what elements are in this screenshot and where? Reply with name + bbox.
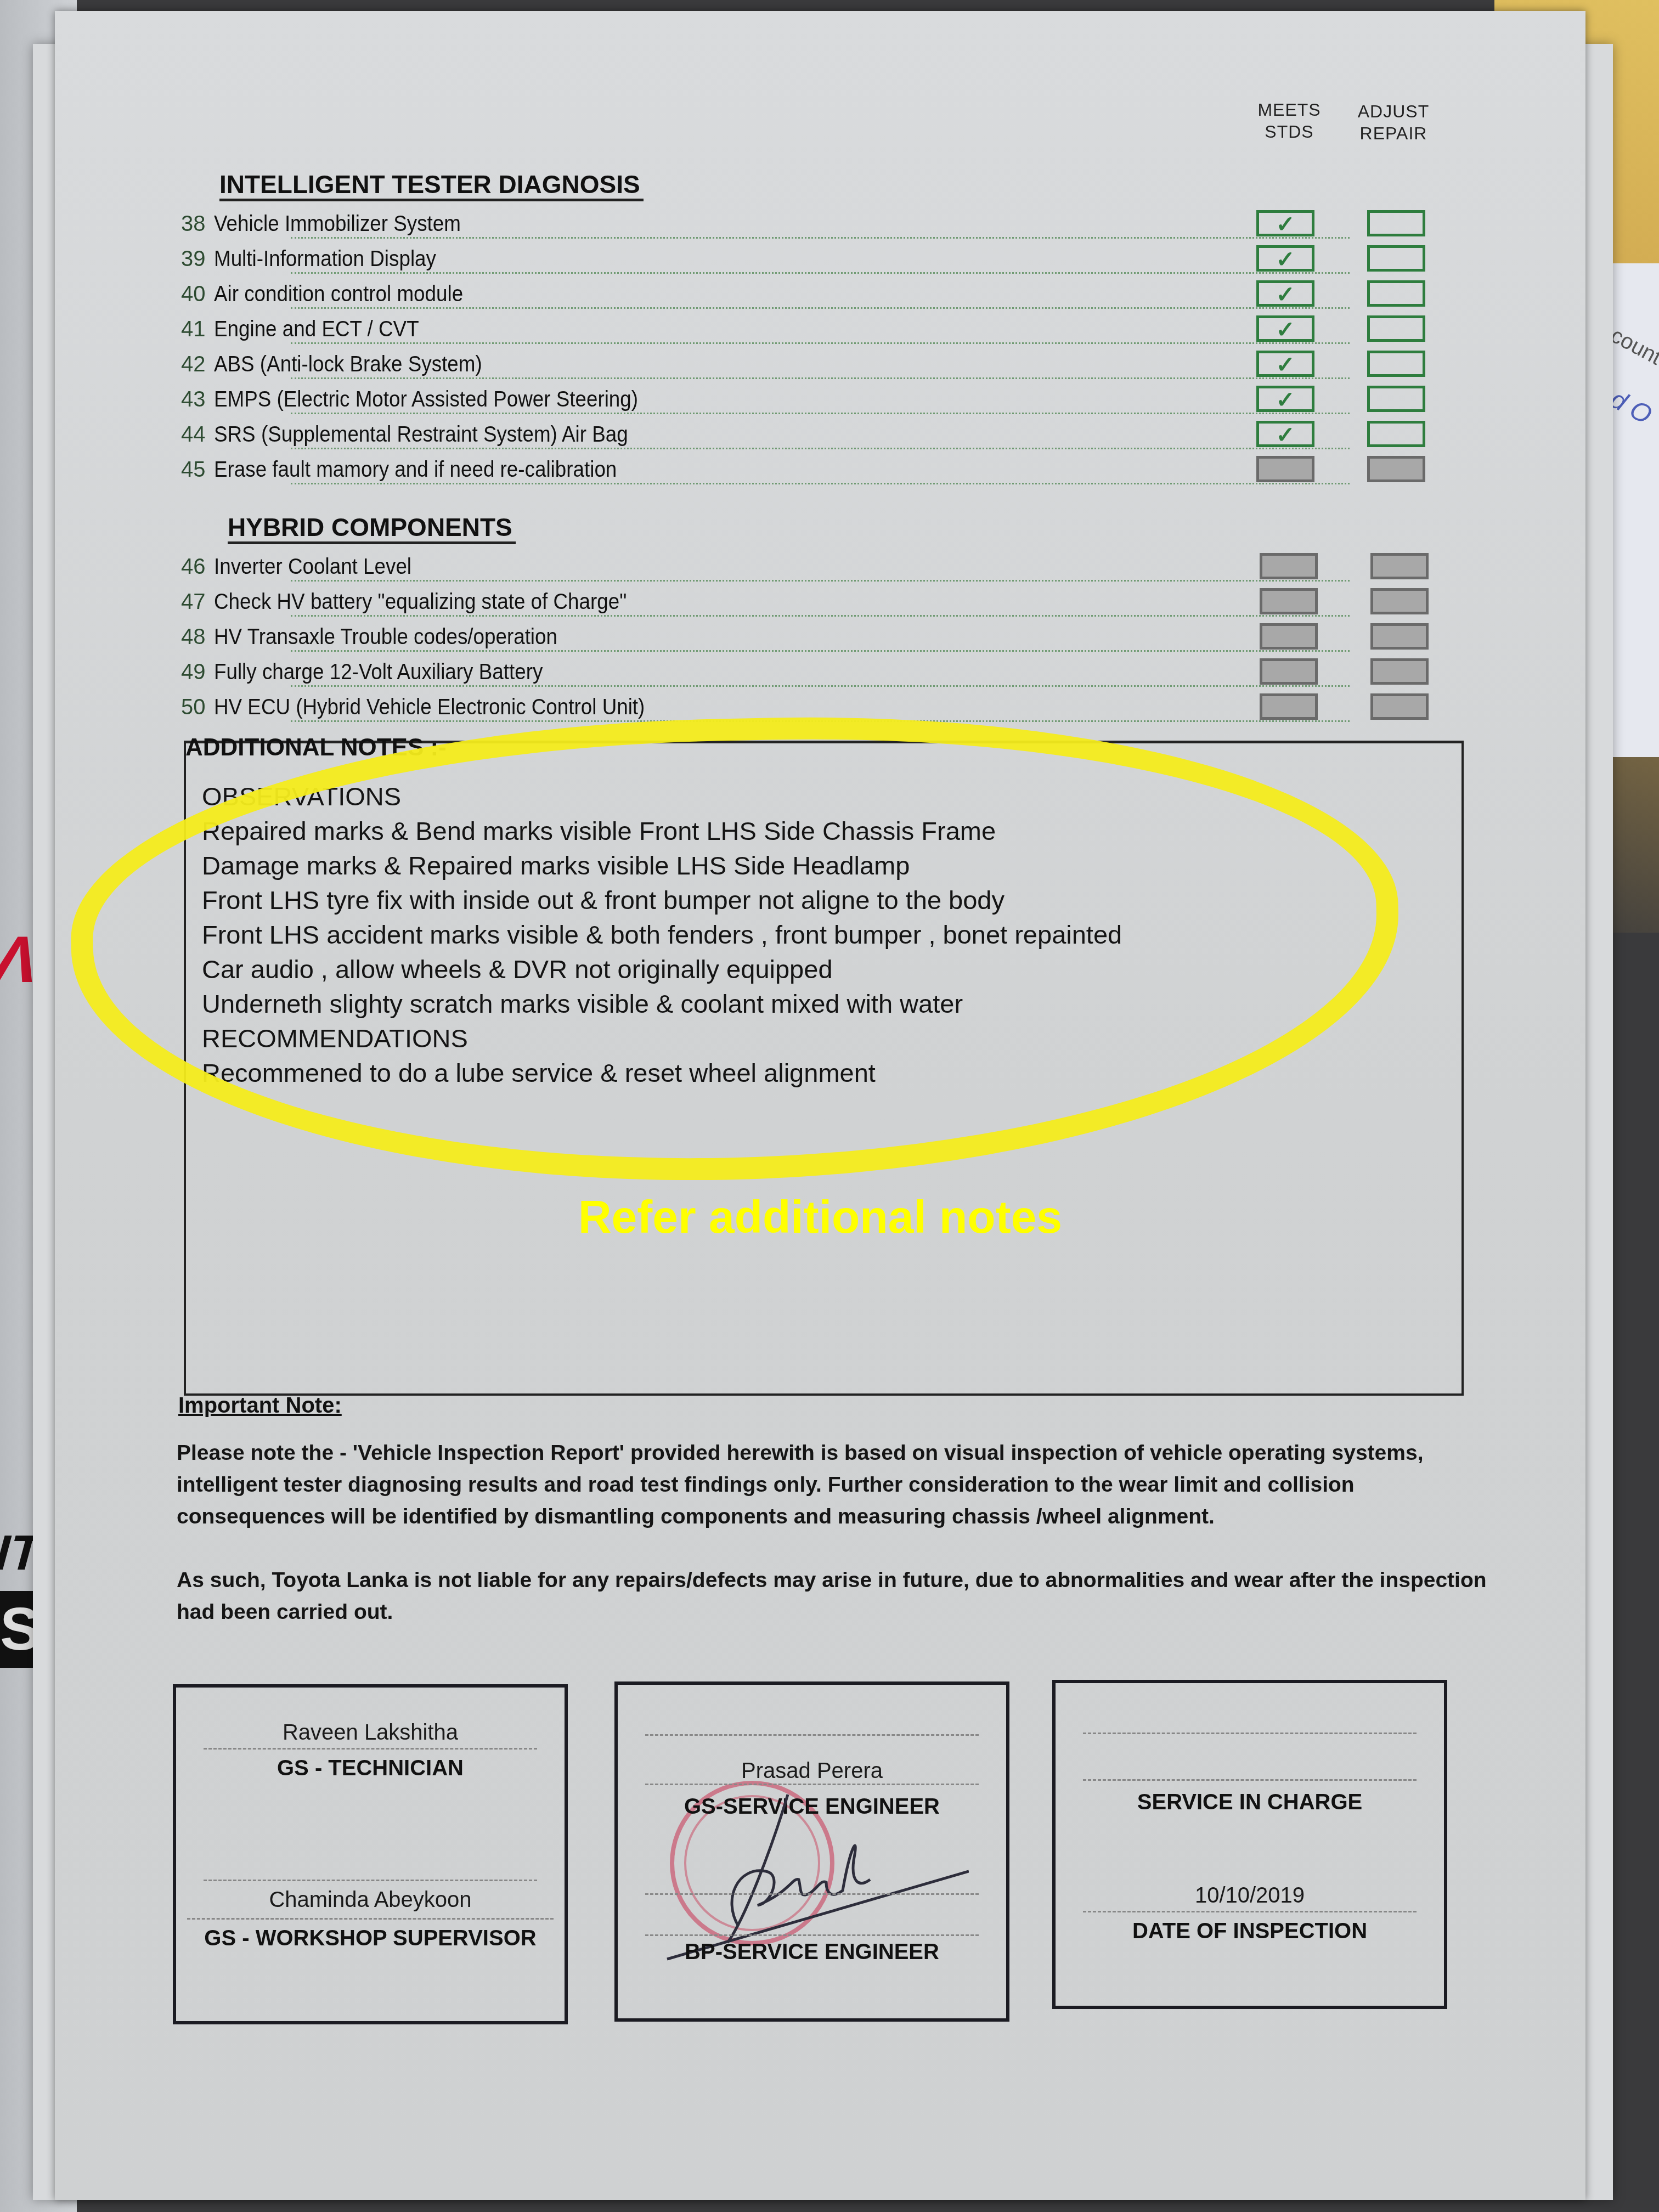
signature-dotted-line xyxy=(204,1748,537,1750)
item-label: Vehicle Immobilizer System xyxy=(214,212,461,236)
adjust-repair-checkbox-41[interactable] xyxy=(1367,315,1425,342)
item-number: 48 xyxy=(181,625,206,650)
checklist-item-49: 49Fully charge 12-Volt Auxiliary Battery xyxy=(181,654,1350,688)
checklist-item-38: 38Vehicle Immobilizer System xyxy=(181,206,1350,240)
service-in-charge-role: SERVICE IN CHARGE xyxy=(1056,1790,1444,1815)
adjust-repair-checkbox-39[interactable] xyxy=(1367,245,1425,272)
meets-stds-checkbox-38[interactable]: ✓ xyxy=(1256,210,1314,236)
signature-dotted-line xyxy=(1083,1733,1417,1734)
dotted-leader xyxy=(291,307,1350,309)
dotted-leader xyxy=(291,342,1350,344)
important-note-text: Please note the - 'Vehicle Inspection Re… xyxy=(177,1437,1493,1660)
dotted-leader xyxy=(291,483,1350,484)
item-number: 47 xyxy=(181,590,206,614)
checklist-item-47: 47Check HV battery "equalizing state of … xyxy=(181,584,1350,618)
item-label: HV ECU (Hybrid Vehicle Electronic Contro… xyxy=(214,695,645,720)
checklist-item-42: 42ABS (Anti-lock Brake System) xyxy=(181,346,1350,380)
checkmark-icon: ✓ xyxy=(1259,316,1312,343)
handwritten-signature xyxy=(662,1762,969,1970)
checklist-item-45: 45Erase fault mamory and if need re-cali… xyxy=(181,452,1350,486)
checkmark-icon: ✓ xyxy=(1259,421,1312,448)
item-number: 38 xyxy=(181,212,206,236)
signature-dotted-line xyxy=(645,1734,979,1736)
important-note-title: Important Note: xyxy=(178,1393,342,1418)
checkmark-icon: ✓ xyxy=(1259,281,1312,308)
important-note-paragraph-1: Please note the - 'Vehicle Inspection Re… xyxy=(177,1437,1493,1533)
signature-dotted-line xyxy=(1083,1911,1417,1912)
bp-service-engineer-role: BP-SERVICE ENGINEER xyxy=(618,1940,1006,1965)
item-label: EMPS (Electric Motor Assisted Power Stee… xyxy=(214,387,638,412)
adjust-repair-checkbox-40[interactable] xyxy=(1367,280,1425,307)
adjust-header-line2: REPAIR xyxy=(1350,122,1437,144)
column-header-meets-stds: MEETS STDS xyxy=(1245,99,1333,143)
item-label: HV Transaxle Trouble codes/operation xyxy=(214,625,557,650)
adjust-repair-checkbox-42[interactable] xyxy=(1367,351,1425,377)
inspection-report-page: MEETS STDS ADJUST REPAIR INTELLIGENT TES… xyxy=(55,11,1585,2200)
adjust-repair-checkbox-49 xyxy=(1370,658,1429,685)
section-title-hybrid-components: HYBRID COMPONENTS xyxy=(228,513,516,544)
item-label: Fully charge 12-Volt Auxiliary Battery xyxy=(214,660,543,685)
checkmark-icon: ✓ xyxy=(1259,351,1312,378)
checklist-item-39: 39Multi-Information Display xyxy=(181,241,1350,275)
signature-dotted-line xyxy=(204,1880,537,1881)
meets-stds-checkbox-49 xyxy=(1260,658,1318,685)
adjust-repair-checkbox-50 xyxy=(1370,693,1429,720)
background-logo-block: S xyxy=(0,1591,33,1668)
refer-additional-notes-annotation: Refer additional notes xyxy=(55,1190,1585,1244)
adjust-repair-checkbox-38[interactable] xyxy=(1367,210,1425,236)
dotted-leader xyxy=(291,448,1350,449)
checkmark-icon: ✓ xyxy=(1259,386,1312,413)
meets-stds-checkbox-42[interactable]: ✓ xyxy=(1256,351,1314,377)
checkmark-icon: ✓ xyxy=(1259,211,1312,238)
item-number: 49 xyxy=(181,660,206,685)
meets-stds-checkbox-47 xyxy=(1260,588,1318,614)
item-label: Check HV battery "equalizing state of Ch… xyxy=(214,590,627,614)
adjust-repair-checkbox-46 xyxy=(1370,553,1429,579)
meets-stds-checkbox-48 xyxy=(1260,623,1318,650)
signature-dotted-line xyxy=(645,1934,979,1936)
inspection-date: 10/10/2019 xyxy=(1056,1883,1444,1908)
signature-box-service-engineer: Prasad Perera GS-SERVICE ENGINEER BP-SER… xyxy=(614,1681,1009,2022)
meets-stds-checkbox-41[interactable]: ✓ xyxy=(1256,315,1314,342)
dotted-leader xyxy=(291,377,1350,379)
item-number: 44 xyxy=(181,422,206,447)
meets-stds-checkbox-40[interactable]: ✓ xyxy=(1256,280,1314,307)
item-number: 40 xyxy=(181,282,206,307)
checklist-item-43: 43EMPS (Electric Motor Assisted Power St… xyxy=(181,381,1350,415)
item-number: 39 xyxy=(181,247,206,272)
meets-stds-checkbox-44[interactable]: ✓ xyxy=(1256,421,1314,447)
item-label: Multi-Information Display xyxy=(214,247,436,272)
checklist-item-40: 40Air condition control module xyxy=(181,276,1350,310)
meets-stds-checkbox-39[interactable]: ✓ xyxy=(1256,245,1314,272)
supervisor-name: Chaminda Abeykoon xyxy=(176,1888,565,1912)
signature-dotted-line xyxy=(645,1893,979,1895)
dotted-leader xyxy=(291,237,1350,239)
dotted-leader xyxy=(291,580,1350,582)
adjust-repair-checkbox-44[interactable] xyxy=(1367,421,1425,447)
dotted-leader xyxy=(291,272,1350,274)
signature-dotted-line xyxy=(1083,1779,1417,1781)
item-label: ABS (Anti-lock Brake System) xyxy=(214,352,482,377)
dotted-leader xyxy=(291,650,1350,652)
supervisor-role: GS - WORKSHOP SUPERVISOR xyxy=(176,1926,565,1951)
technician-role: GS - TECHNICIAN xyxy=(176,1756,565,1781)
meets-header-line1: MEETS xyxy=(1245,99,1333,121)
technician-name: Raveen Lakshitha xyxy=(176,1720,565,1745)
meets-stds-checkbox-45 xyxy=(1256,456,1314,482)
item-label: Erase fault mamory and if need re-calibr… xyxy=(214,458,617,482)
meets-stds-checkbox-46 xyxy=(1260,553,1318,579)
item-label: Engine and ECT / CVT xyxy=(214,317,419,342)
signature-box-gs-technician: Raveen Lakshitha GS - TECHNICIAN Chamind… xyxy=(173,1684,568,2024)
checklist-item-41: 41Engine and ECT / CVT xyxy=(181,311,1350,345)
item-number: 42 xyxy=(181,352,206,377)
item-number: 41 xyxy=(181,317,206,342)
adjust-header-line1: ADJUST xyxy=(1350,100,1437,122)
item-label: Air condition control module xyxy=(214,282,463,307)
adjust-repair-checkbox-48 xyxy=(1370,623,1429,650)
signature-dotted-line xyxy=(187,1918,554,1920)
dotted-leader xyxy=(291,685,1350,687)
item-number: 45 xyxy=(181,458,206,482)
checklist-item-46: 46Inverter Coolant Level xyxy=(181,549,1350,583)
item-number: 46 xyxy=(181,555,206,579)
checkmark-icon: ✓ xyxy=(1259,246,1312,273)
meets-header-line2: STDS xyxy=(1245,121,1333,143)
adjust-repair-checkbox-47 xyxy=(1370,588,1429,614)
item-label: SRS (Supplemental Restraint System) Air … xyxy=(214,422,628,447)
signature-box-service-in-charge: SERVICE IN CHARGE 10/10/2019 DATE OF INS… xyxy=(1052,1680,1447,2009)
item-label: Inverter Coolant Level xyxy=(214,555,411,579)
adjust-repair-checkbox-45 xyxy=(1367,456,1425,482)
checklist-item-44: 44SRS (Supplemental Restraint System) Ai… xyxy=(181,416,1350,450)
important-note-paragraph-2: As such, Toyota Lanka is not liable for … xyxy=(177,1565,1493,1628)
dotted-leader xyxy=(291,413,1350,414)
item-number: 43 xyxy=(181,387,206,412)
dotted-leader xyxy=(291,615,1350,617)
item-number: 50 xyxy=(181,695,206,720)
adjust-repair-checkbox-43[interactable] xyxy=(1367,386,1425,412)
date-of-inspection-label: DATE OF INSPECTION xyxy=(1056,1919,1444,1944)
section-title-intelligent-tester: INTELLIGENT TESTER DIAGNOSIS xyxy=(219,170,644,201)
meets-stds-checkbox-43[interactable]: ✓ xyxy=(1256,386,1314,412)
meets-stds-checkbox-50 xyxy=(1260,693,1318,720)
checklist-item-48: 48HV Transaxle Trouble codes/operation xyxy=(181,619,1350,653)
column-header-adjust-repair: ADJUST REPAIR xyxy=(1350,100,1437,144)
